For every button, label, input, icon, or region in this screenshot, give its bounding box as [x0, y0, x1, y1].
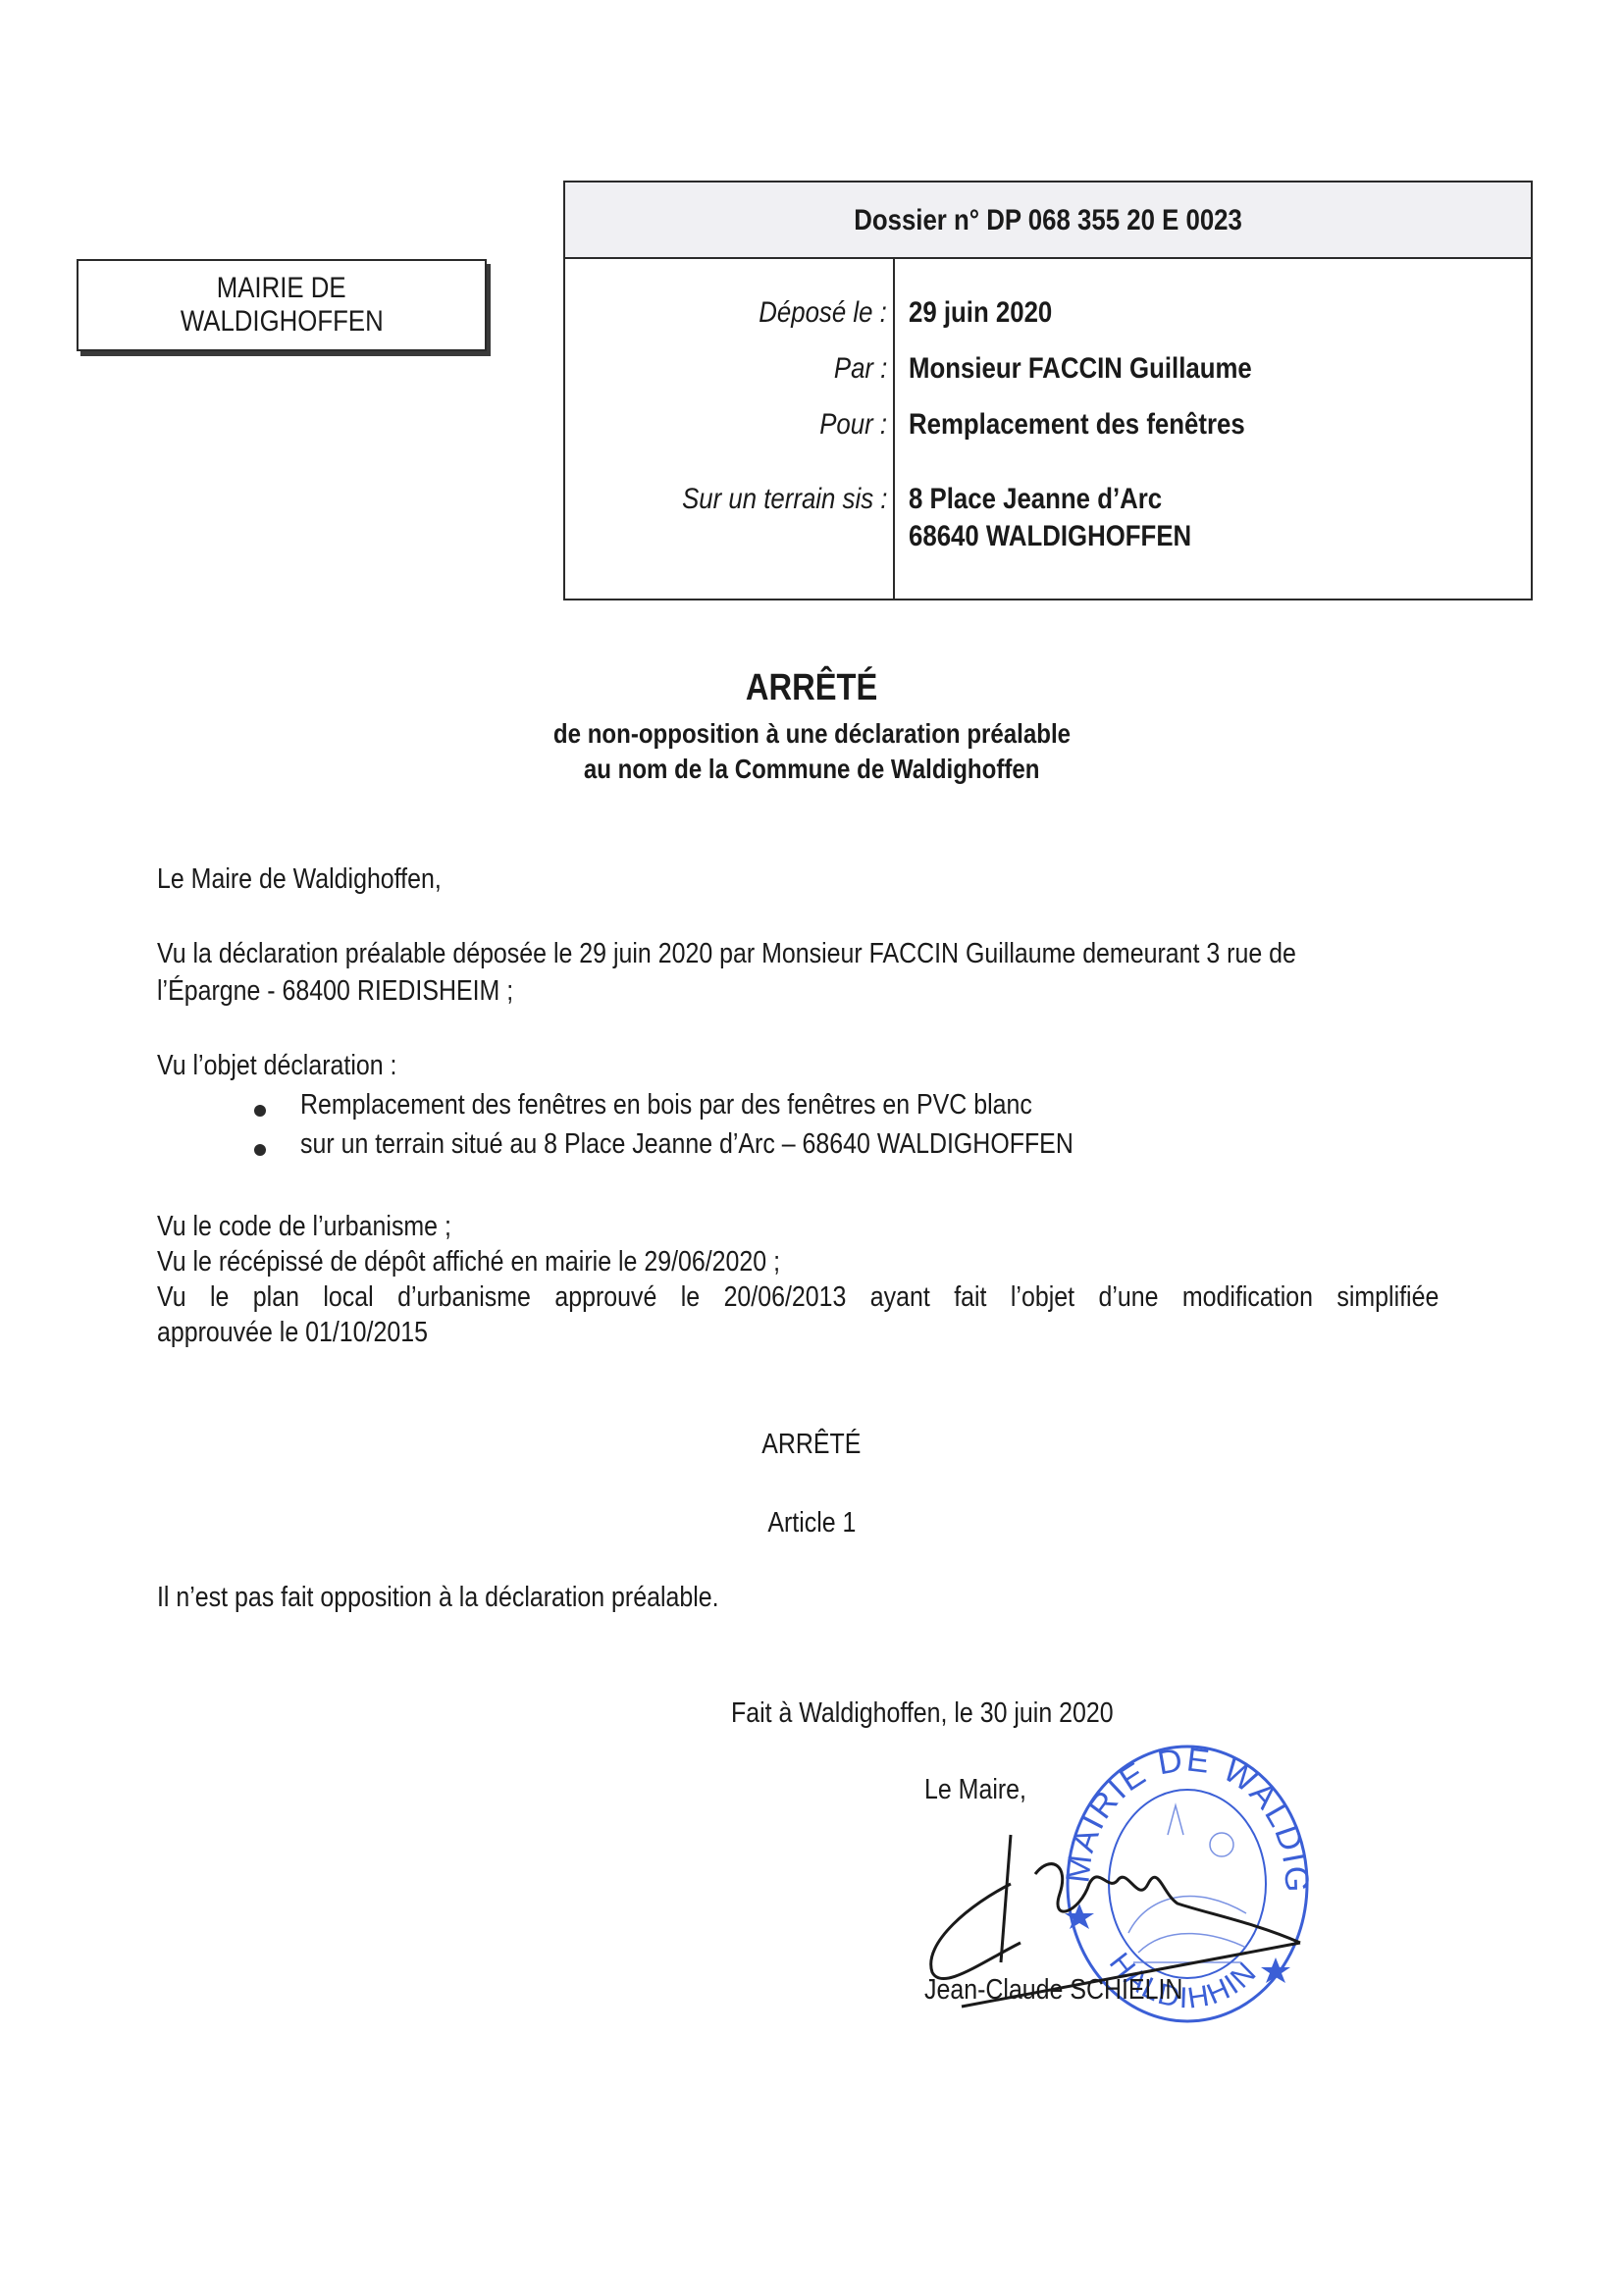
signatory-name: Jean-Claude SCHIELIN — [924, 1974, 1182, 2007]
value-depose: 29 juin 2020 — [909, 294, 1052, 331]
signatory-role: Le Maire, — [924, 1774, 1026, 1806]
article-number: Article 1 — [0, 1507, 1623, 1539]
label-terrain: Sur un terrain sis : — [682, 483, 887, 516]
mairie-line1: MAIRIE DE — [217, 272, 346, 305]
label-pour: Pour : — [819, 408, 887, 442]
vu-objet: Vu l’objet déclaration : — [157, 1050, 396, 1082]
label-par: Par : — [834, 352, 887, 386]
vu-plan-line1: Vu le plan local d’urbanisme approuvé le… — [157, 1281, 1439, 1314]
place-date: Fait à Waldighoffen, le 30 juin 2020 — [731, 1697, 1114, 1730]
title-subtitle-2: au nom de la Commune de Waldighoffen — [0, 754, 1623, 785]
value-par: Monsieur FACCIN Guillaume — [909, 350, 1252, 387]
mairie-line2: WALDIGHOFFEN — [181, 305, 384, 339]
dossier-table: Dossier n° DP 068 355 20 E 0023 Déposé l… — [563, 181, 1533, 600]
objet-item: Remplacement des fenêtres en bois par de… — [300, 1089, 1032, 1122]
decision-text: Il n’est pas fait opposition à la déclar… — [157, 1582, 719, 1614]
objet-item: sur un terrain situé au 8 Place Jeanne d… — [300, 1128, 1073, 1161]
vu-plan-line2: approuvée le 01/10/2015 — [157, 1317, 428, 1349]
intro-text: Le Maire de Waldighoffen, — [157, 863, 442, 896]
title-subtitle-1: de non-opposition à une déclaration préa… — [0, 718, 1623, 750]
bullet-icon — [254, 1144, 266, 1156]
mairie-box: MAIRIE DE WALDIGHOFFEN — [77, 259, 487, 351]
bullet-icon — [254, 1105, 266, 1117]
decision-heading: ARRÊTÉ — [0, 1429, 1623, 1461]
value-terrain-line1: 8 Place Jeanne d’Arc — [909, 481, 1162, 517]
dossier-number: Dossier n° DP 068 355 20 E 0023 — [854, 204, 1242, 237]
value-terrain-line2: 68640 WALDIGHOFFEN — [909, 518, 1191, 554]
dossier-divider — [893, 259, 895, 599]
vu-recepisse: Vu le récépissé de dépôt affiché en mair… — [157, 1246, 780, 1278]
vu-declaration-line2: l’Épargne - 68400 RIEDISHEIM ; — [157, 975, 513, 1008]
page-title: ARRÊTÉ — [0, 667, 1623, 709]
value-pour: Remplacement des fenêtres — [909, 406, 1245, 443]
label-depose: Déposé le : — [759, 296, 887, 330]
vu-declaration-line1: Vu la déclaration préalable déposée le 2… — [157, 938, 1296, 970]
vu-code: Vu le code de l’urbanisme ; — [157, 1211, 451, 1243]
